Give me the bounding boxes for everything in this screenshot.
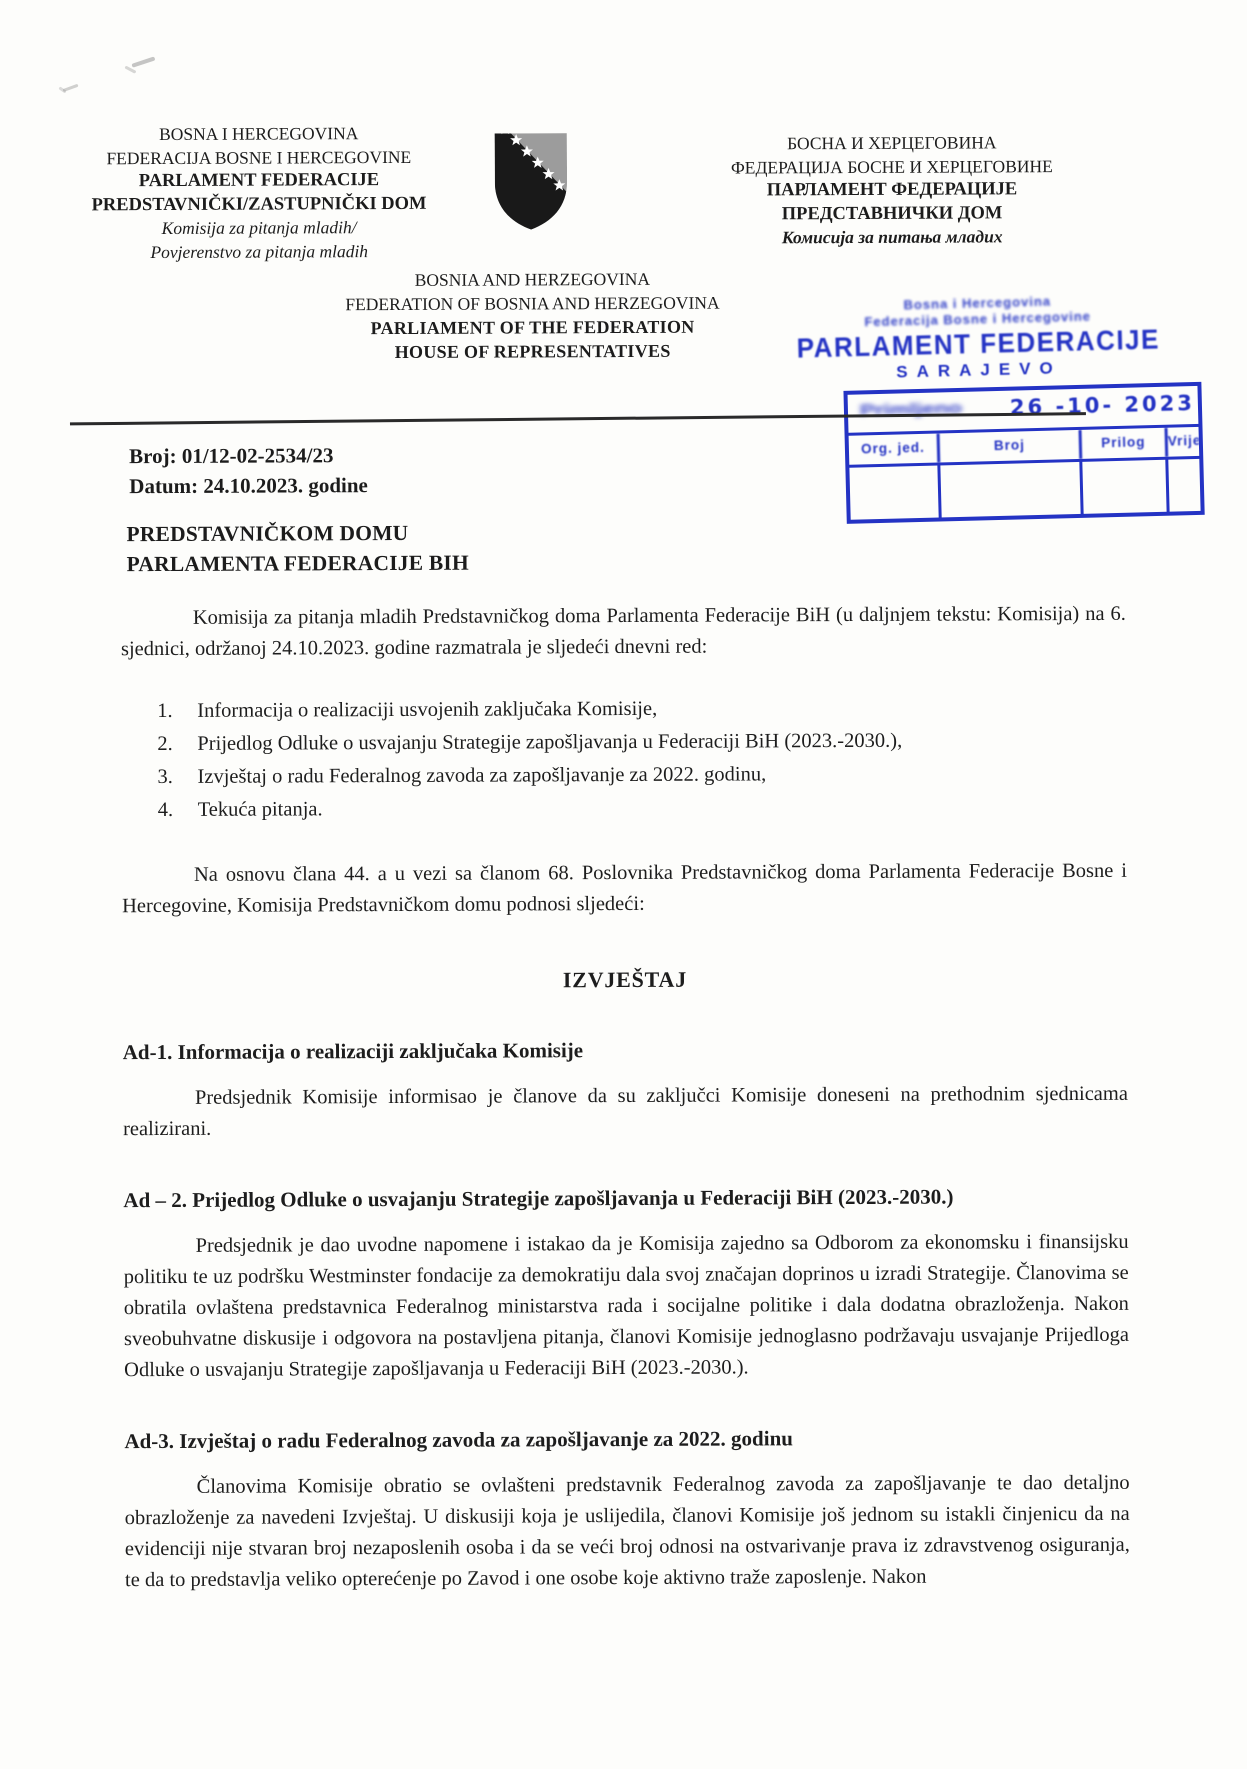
stamp-col-header: Broj bbox=[937, 430, 1080, 463]
stamp-col-header: Org. jed. bbox=[849, 434, 938, 465]
receipt-stamp: Bosna i Hercegovina Federacija Bosne i H… bbox=[751, 290, 1209, 526]
letterhead-line: ПАРЛАМЕНТ ФЕДЕРАЦИЈЕ bbox=[642, 178, 1142, 204]
letterhead-line: Povjerenstvo za pitanja mladih bbox=[59, 239, 459, 264]
document-meta: Broj: 01/12-02-2534/23 Datum: 24.10.2023… bbox=[129, 441, 368, 501]
agenda-item-number: 3. bbox=[157, 761, 197, 794]
document-date: Datum: 24.10.2023. godine bbox=[129, 471, 368, 502]
agenda-item-number: 4. bbox=[158, 794, 198, 827]
agenda-item: 1. Informacija o realizaciji usvojenih z… bbox=[157, 691, 1126, 728]
letterhead-line: PARLAMENT FEDERACIJE bbox=[59, 169, 459, 194]
stamp-cell bbox=[849, 466, 938, 520]
report-title: IZVJEŠTAJ bbox=[122, 962, 1127, 997]
agenda-list: 1. Informacija o realizaciji usvojenih z… bbox=[157, 691, 1127, 827]
letterhead-line: FEDERATION OF BOSNIA AND HERZEGOVINA bbox=[277, 290, 787, 316]
stamp-received-date: 26 -10- 2023 bbox=[1010, 391, 1196, 420]
addressee: PREDSTAVNIČKOM DOMU PARLAMENTA FEDERACIJ… bbox=[126, 518, 469, 579]
letterhead-line: BOSNA I HERCEGOVINA bbox=[59, 122, 459, 147]
legal-basis-paragraph: Na osnovu člana 44. a u vezi sa članom 6… bbox=[122, 856, 1127, 922]
letterhead-line: BOSNIA AND HERZEGOVINA bbox=[277, 266, 787, 292]
coat-of-arms-icon bbox=[488, 128, 574, 234]
letterhead-english: BOSNIA AND HERZEGOVINA FEDERATION OF BOS… bbox=[277, 266, 787, 364]
section-heading-ad2: Ad – 2. Prijedlog Odluke o usvajanju Str… bbox=[123, 1181, 1128, 1216]
stamp-table-empty-cells bbox=[849, 456, 1200, 520]
intro-paragraph: Komisija za pitanja mladih Predstavničko… bbox=[121, 599, 1126, 665]
addressee-line: PARLAMENTA FEDERACIJE BIH bbox=[127, 548, 469, 579]
stamp-table: Primljeno 26 -10- 2023 Org. jed. Broj Pr… bbox=[843, 382, 1204, 524]
letterhead-line: ПРЕДСТАВНИЧКИ ДОМ bbox=[642, 201, 1142, 227]
letterhead-latin: BOSNA I HERCEGOVINA FEDERACIJA BOSNE I H… bbox=[59, 122, 460, 265]
stamp-col-header: Prilog bbox=[1079, 428, 1166, 459]
letterhead-cyrillic: БОСНА И ХЕРЦЕГОВИНА ФЕДЕРАЦИЈА БОСНЕ И Х… bbox=[642, 131, 1143, 251]
letterhead-line: HOUSE OF REPRESENTATIVES bbox=[278, 338, 788, 364]
letterhead-line: Komisija za pitanja mladih/ bbox=[59, 216, 459, 241]
agenda-item: 3. Izvještaj o radu Federalnog zavoda za… bbox=[157, 757, 1126, 794]
stamp-received-label: Primljeno bbox=[860, 400, 962, 421]
agenda-item-number: 1. bbox=[157, 695, 197, 728]
scanned-letter: BOSNA I HERCEGOVINA FEDERACIJA BOSNE I H… bbox=[0, 0, 1247, 1769]
letterhead-line: FEDERACIJA BOSNE I HERCEGOVINE bbox=[59, 145, 459, 170]
document-number: Broj: 01/12-02-2534/23 bbox=[129, 441, 368, 472]
section-paragraph: Predsjednik je dao uvodne napomene i ist… bbox=[124, 1227, 1130, 1386]
addressee-line: PREDSTAVNIČKOM DOMU bbox=[126, 518, 468, 549]
agenda-item-text: Informacija o realizaciji usvojenih zakl… bbox=[197, 693, 657, 728]
letter-body: Komisija za pitanja mladih Predstavničko… bbox=[121, 599, 1130, 1596]
agenda-item-text: Prijedlog Odluke o usvajanju Strategije … bbox=[197, 725, 902, 761]
letterhead-line: Комисија за питања младих bbox=[642, 225, 1142, 251]
agenda-item-text: Tekuća pitanja. bbox=[198, 793, 323, 827]
stamp-cell bbox=[1079, 460, 1166, 514]
section-paragraph: Članovima Komisije obratio se ovlašteni … bbox=[125, 1468, 1131, 1596]
stamp-cell bbox=[1165, 459, 1200, 512]
pencil-mark bbox=[131, 56, 155, 67]
section-heading-ad3: Ad-3. Izvještaj o radu Federalnog zavoda… bbox=[124, 1422, 1129, 1457]
section-heading-ad1: Ad-1. Informacija o realizaciji zaključa… bbox=[123, 1033, 1128, 1068]
letterhead-line: PREDSTAVNIČKI/ZASTUPNIČKI DOM bbox=[59, 192, 459, 217]
stamp-col-header: Vrijednost bbox=[1164, 427, 1199, 457]
section-paragraph: Predsjednik Komisije informisao je člano… bbox=[123, 1079, 1128, 1145]
agenda-item: 4. Tekuća pitanja. bbox=[158, 790, 1127, 827]
letterhead-line: БОСНА И ХЕРЦЕГОВИНА bbox=[642, 131, 1142, 157]
stamp-cell bbox=[937, 462, 1080, 518]
document-page: BOSNA I HERCEGOVINA FEDERACIJA BOSNE I H… bbox=[0, 0, 1247, 1769]
letterhead-line: PARLIAMENT OF THE FEDERATION bbox=[278, 314, 788, 340]
agenda-item: 2. Prijedlog Odluke o usvajanju Strategi… bbox=[157, 724, 1126, 761]
agenda-item-text: Izvještaj o radu Federalnog zavoda za za… bbox=[197, 758, 766, 793]
agenda-item-number: 2. bbox=[157, 728, 197, 761]
letterhead-line: ФЕДЕРАЦИЈА БОСНЕ И ХЕРЦЕГОВИНЕ bbox=[642, 154, 1142, 180]
